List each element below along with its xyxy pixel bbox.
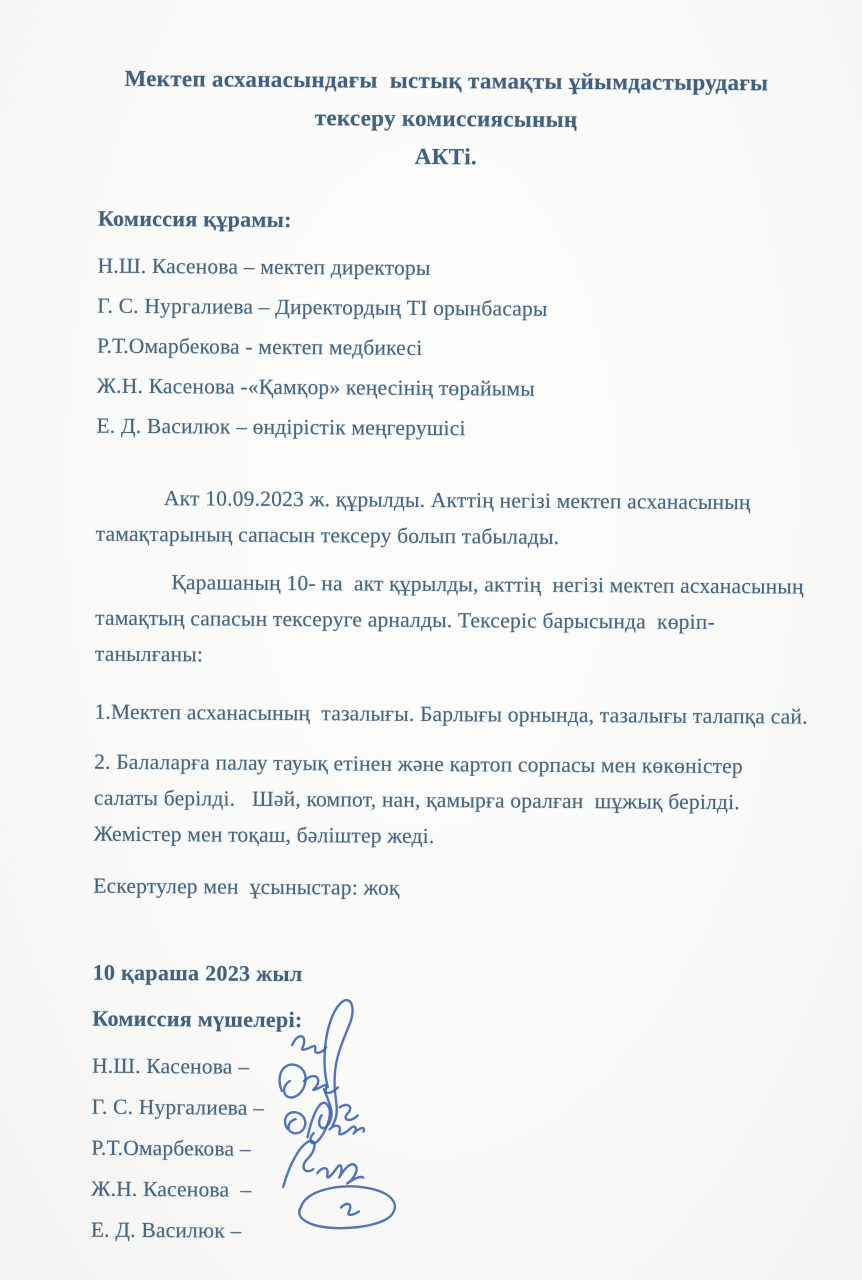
notes-line: Ескертулер мен ұсыныстар: жоқ [93,868,808,909]
signature-block: Н.Ш. Касенова – Г. С. Нургалиева – Р.Т.О… [91,1046,807,1256]
date-line: 10 қараша 2023 жыл [93,960,808,991]
commission-heading: Комиссия құрамы: [98,206,813,237]
signature-line: Ж.Н. Касенова – [91,1169,806,1215]
commission-member: Н.Ш. Касенова – мектеп директоры [97,246,812,291]
signature-line: Р.Т.Омарбекова – [91,1128,806,1174]
commission-member-list: Н.Ш. Касенова – мектеп директоры Г. С. Н… [96,246,812,451]
signature-line: Н.Ш. Касенова – [92,1046,807,1092]
finding-2: 2. Балаларға палау тауық етінен және кар… [94,744,810,857]
signature-line: Г. С. Нургалиева – [92,1087,807,1133]
title-line-2: тексеру комиссиясының [99,98,794,141]
document-photo: Мектеп асханасындағы ыстық тамақты ұйымд… [0,0,862,1280]
finding-1: 1.Мектеп асханасының тазалығы. Барлығы о… [94,694,809,735]
signature-line: Е. Д. Василюк – [91,1210,806,1256]
act-paragraph-1: Акт 10.09.2023 ж. құрылды. Акттің негізі… [96,480,811,557]
document-page: Мектеп асханасындағы ыстық тамақты ұйымд… [0,0,862,1280]
act-paragraph-2: Қарашаның 10- на акт құрылды, акттің нег… [95,564,811,677]
document-title: Мектеп асханасындағы ыстық тамақты ұйымд… [98,60,814,179]
commission-member: Р.Т.Омарбекова - мектеп медбикесі [97,326,812,371]
commission-member: Г. С. Нургалиева – Директордың ТІ орынба… [97,286,812,331]
title-line-1: Мектеп асханасындағы ыстық тамақты ұйымд… [99,60,794,103]
title-line-3: АКТі. [98,136,793,179]
members-heading: Комиссия мүшелері: [92,1006,807,1037]
commission-member: Ж.Н. Касенова -«Қамқор» кеңесінің төрайы… [97,366,812,411]
commission-member: Е. Д. Василюк – өндірістік меңгерушісі [96,406,811,451]
